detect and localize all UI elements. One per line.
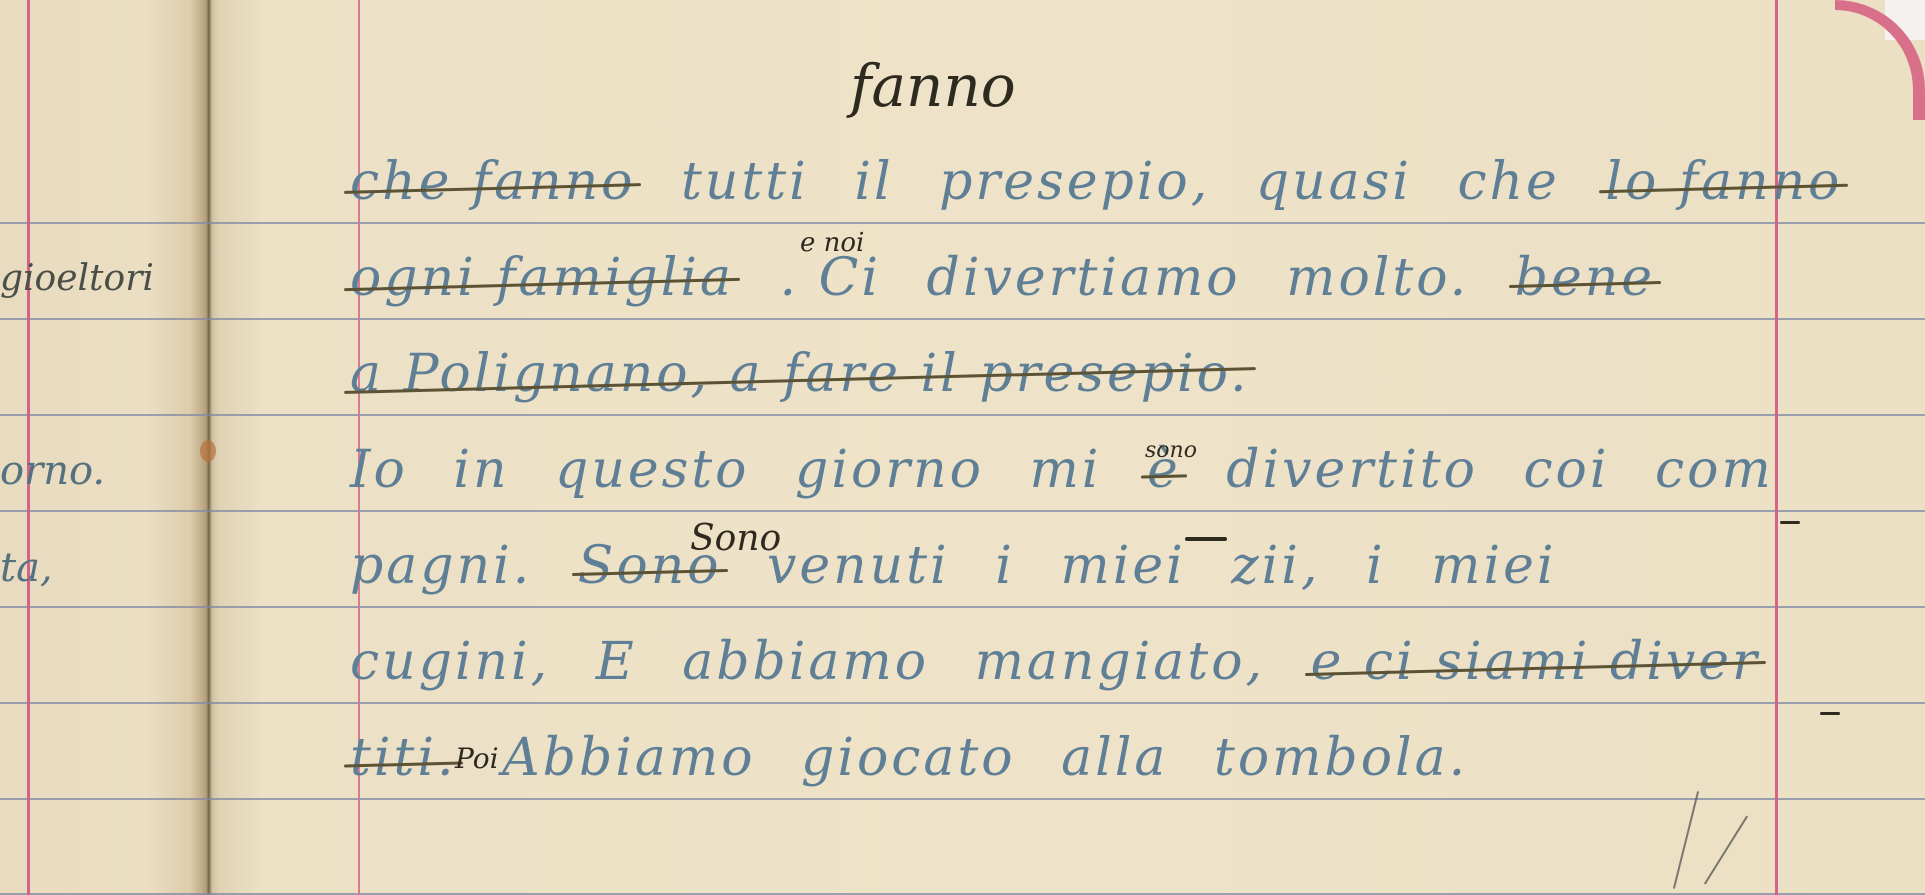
left-fragment-1: gioeltori [0, 258, 154, 299]
correction-poi: Poi [455, 742, 499, 775]
paper-stain [200, 440, 216, 462]
word: miei [1431, 536, 1556, 596]
correction-fanno: fanno [850, 52, 1016, 120]
correction-e-noi: e noi [800, 228, 864, 258]
correction-underline-mark [1185, 537, 1227, 541]
word: alla [1061, 728, 1168, 788]
ruled-line [0, 606, 1925, 608]
word: giorno [795, 440, 984, 500]
text-line-3: a Polignano, a fare il presepio. [350, 344, 1276, 404]
ruled-line [0, 510, 1925, 512]
word: il [854, 152, 893, 212]
word: mi [1029, 440, 1101, 500]
word: cugini, [350, 632, 550, 692]
struck-word: che fanno [350, 152, 635, 212]
struck-word: titi. [350, 728, 457, 788]
text-line-7: titi. Abbiamo giocato alla tombola. [350, 728, 1494, 788]
correction-sono-1: sono [1145, 438, 1197, 463]
word: i [995, 536, 1015, 596]
correction-underline-mark [1820, 712, 1840, 715]
word: tutti [681, 152, 809, 212]
struck-word: ogni famiglia [350, 248, 734, 308]
struck-word: bene [1515, 248, 1655, 308]
word: abbiamo [682, 632, 929, 692]
word: divertiamo [927, 248, 1241, 308]
text-line-1: che fanno tutti il presepio, quasi che l… [350, 152, 1868, 212]
word: presepio, [939, 152, 1210, 212]
word: com [1655, 440, 1774, 500]
word: giocato [801, 728, 1016, 788]
word: in [453, 440, 509, 500]
struck-word: e ci siami diver [1311, 632, 1760, 692]
word: E [596, 632, 637, 692]
word: questo [555, 440, 749, 500]
struck-word: lo fanno [1605, 152, 1842, 212]
word: tombola. [1214, 728, 1468, 788]
word: mangiato, [975, 632, 1265, 692]
word: zii, [1231, 536, 1320, 596]
word: pagni. [350, 536, 532, 596]
word: miei [1060, 536, 1185, 596]
correction-underline-mark [1780, 521, 1800, 524]
ruled-line [0, 222, 1925, 224]
text-line-5: pagni. Sono venuti i miei zii, i miei [350, 536, 1583, 596]
correction-sono-2: Sono [690, 518, 781, 559]
left-fragment-3: ta, [0, 545, 53, 591]
ruled-line [0, 414, 1925, 416]
word: coi [1523, 440, 1609, 500]
text-line-6: cugini, E abbiamo mangiato, e ci siami d… [350, 632, 1786, 692]
ruled-line [0, 318, 1925, 320]
left-fragment-2: orno. [0, 448, 105, 494]
word: i [1366, 536, 1386, 596]
word: Io [350, 440, 408, 500]
text-line-2: ogni famiglia . Ci divertiamo molto. ben… [350, 248, 1681, 308]
text-line-4: Io in questo giorno mi è divertito coi c… [350, 440, 1800, 500]
word: quasi [1256, 152, 1412, 212]
ruled-line [0, 798, 1925, 800]
struck-word: a Polignano, a fare il presepio. [350, 344, 1250, 404]
ruled-line [0, 702, 1925, 704]
word: molto. [1286, 248, 1469, 308]
word: divertito [1226, 440, 1478, 500]
word: venuti [767, 536, 950, 596]
word: Abbiamo [502, 728, 755, 788]
word: che [1457, 152, 1559, 212]
